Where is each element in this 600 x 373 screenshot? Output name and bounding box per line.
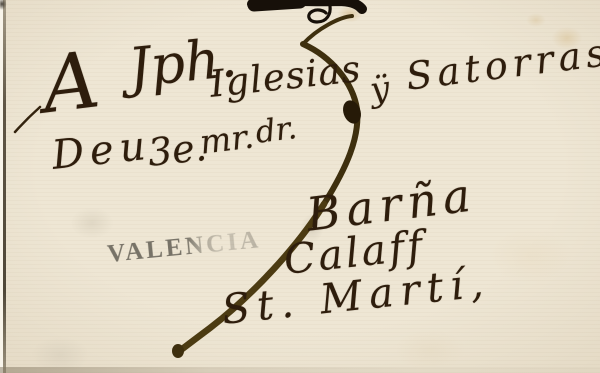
handwriting-notation-word4: dr. bbox=[254, 113, 299, 149]
rate-stroke-end-blob bbox=[172, 344, 184, 358]
handwriting-notation-word3: mr. bbox=[198, 119, 256, 158]
top-edge-ink-curl bbox=[309, 6, 330, 22]
rate-stroke-vertex-blob bbox=[340, 98, 364, 126]
handwriting-notation-word1: Deu bbox=[50, 126, 153, 176]
paper-bottom-edge bbox=[0, 367, 600, 373]
address-crossbar-stray bbox=[15, 107, 40, 132]
paper-left-fold-line bbox=[3, 0, 6, 373]
top-edge-ink-bar-thick bbox=[254, 2, 300, 5]
paper-corner-speck bbox=[0, 0, 9, 13]
handwriting-address-prefix: A bbox=[38, 41, 103, 125]
postal-cover-scan: VALENCIA A Jph. Iglesias ÿ Satorras Deu … bbox=[0, 0, 600, 373]
